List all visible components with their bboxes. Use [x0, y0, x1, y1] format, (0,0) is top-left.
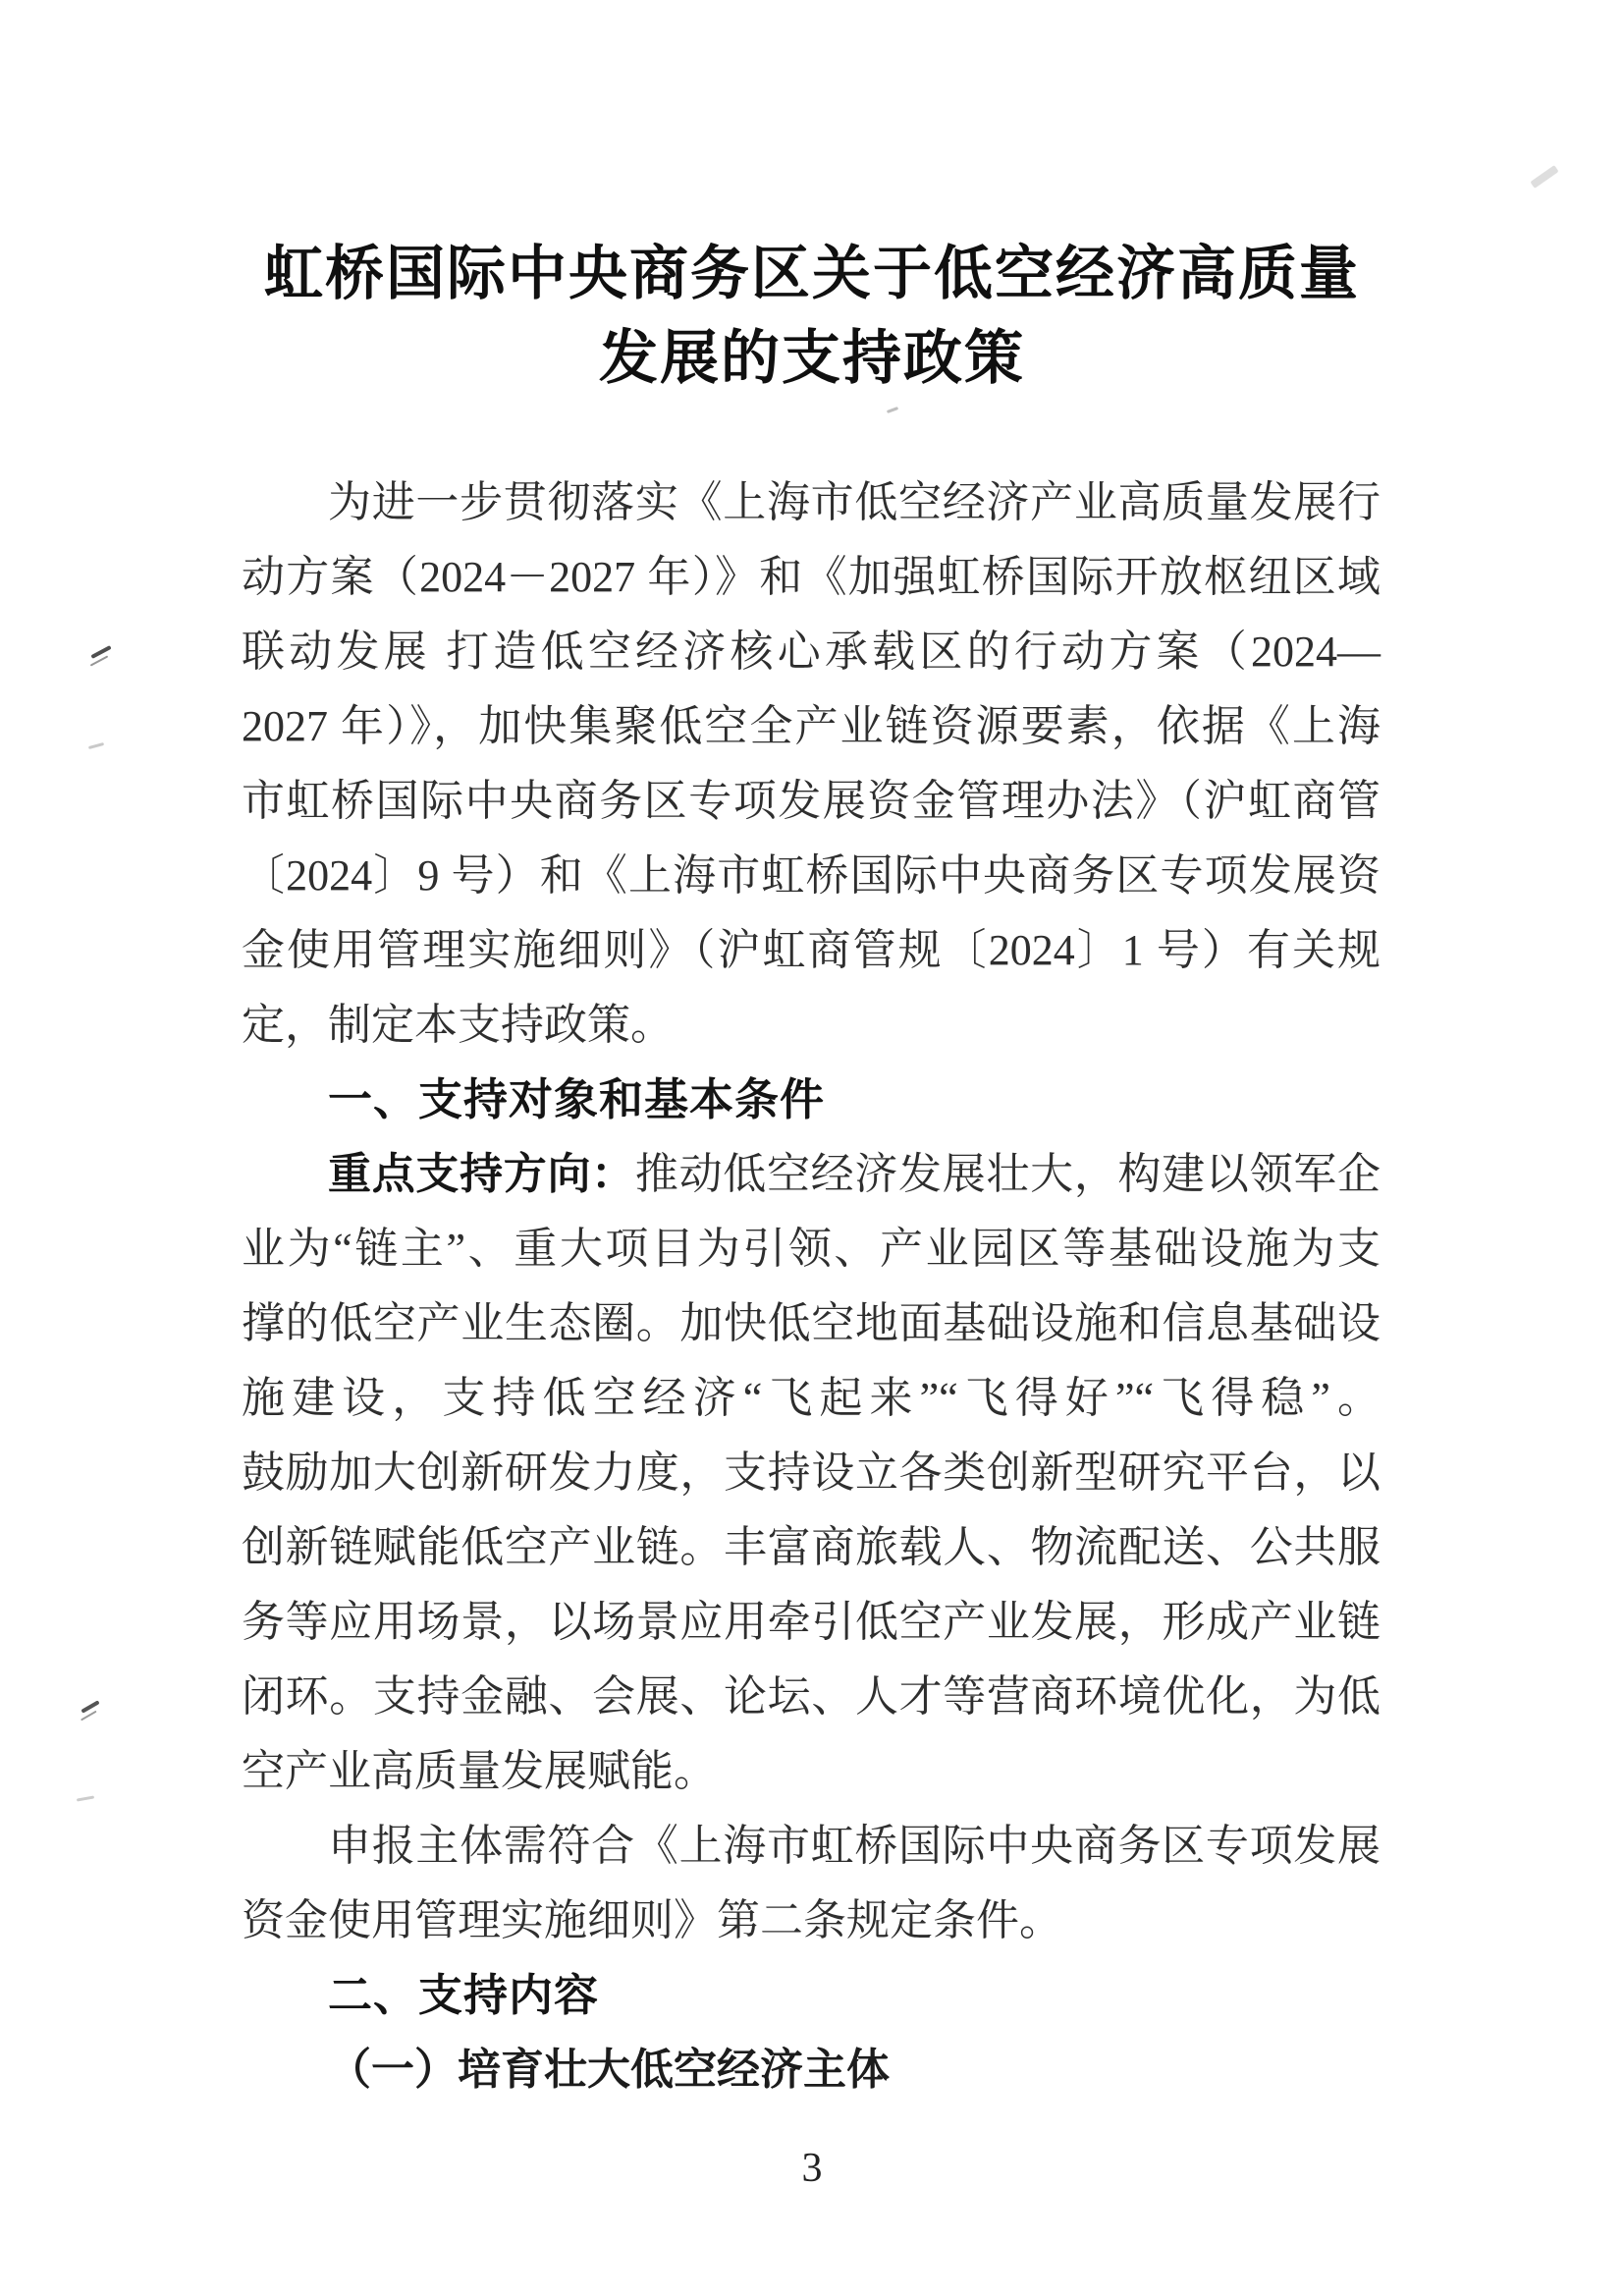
body-line: 定，制定本支持政策。 — [242, 988, 1380, 1063]
body-line: 空产业高质量发展赋能。 — [242, 1734, 1380, 1809]
text-segment: 务等应用场景，以场景应用牵引低空产业发展，形成产业链 — [242, 1598, 1380, 1646]
text-segment: 重点支持方向： — [328, 1150, 635, 1198]
text-segment: 金使用管理实施细则》（沪虹商管规〔2024〕1 号）有关规 — [242, 926, 1380, 974]
body-line: 动方案（2024－2027 年）》和《加强虹桥国际开放枢纽区域 — [242, 540, 1380, 615]
document-body: 为进一步贯彻落实《上海市低空经济产业高质量发展行动方案（2024－2027 年）… — [242, 465, 1380, 2107]
body-line: 联动发展 打造低空经济核心承载区的行动方案（2024— — [242, 615, 1380, 689]
text-segment: （一）培育壮大低空经济主体 — [328, 2046, 890, 2094]
heading-section-1: 一、支持对象和基本条件 — [242, 1063, 1380, 1137]
heading-section-2: 二、支持内容 — [242, 1958, 1380, 2033]
text-segment: 2027 年）》，加快集聚低空全产业链资源要素，依据《上海 — [242, 702, 1380, 750]
stray-mark — [81, 1700, 99, 1713]
body-line: 市虹桥国际中央商务区专项发展资金管理办法》（沪虹商管 — [242, 764, 1380, 839]
text-segment: 定，制定本支持政策。 — [242, 1001, 674, 1049]
subheading-2-1: （一）培育壮大低空经济主体 — [242, 2033, 1380, 2107]
stray-mark — [887, 407, 898, 413]
text-segment: 推动低空经济发展壮大，构建以领军企 — [635, 1150, 1380, 1198]
document-page: 虹桥国际中央商务区关于低空经济高质量 发展的支持政策 为进一步贯彻落实《上海市低… — [0, 0, 1624, 2296]
body-line: 2027 年）》，加快集聚低空全产业链资源要素，依据《上海 — [242, 689, 1380, 764]
text-segment: 联动发展 打造低空经济核心承载区的行动方案（2024— — [242, 628, 1380, 676]
text-segment: 业为“链主”、重大项目为引领、产业园区等基础设施为支 — [242, 1225, 1380, 1273]
body-line: 申报主体需符合《上海市虹桥国际中央商务区专项发展 — [242, 1809, 1380, 1884]
body-line: 业为“链主”、重大项目为引领、产业园区等基础设施为支 — [242, 1212, 1380, 1286]
body-line: 施建设，支持低空经济“飞起来”“飞得好”“飞得稳”。 — [242, 1361, 1380, 1436]
title-line-1: 虹桥国际中央商务区关于低空经济高质量 — [0, 232, 1624, 316]
text-segment: 鼓励加大创新研发力度，支持设立各类创新型研究平台，以 — [242, 1449, 1380, 1497]
body-line: 闭环。支持金融、会展、论坛、人才等营商环境优化，为低 — [242, 1660, 1380, 1734]
text-segment: 为进一步贯彻落实《上海市低空经济产业高质量发展行 — [328, 478, 1380, 526]
text-segment: 〔2024〕9 号）和《上海市虹桥国际中央商务区专项发展资 — [242, 851, 1380, 900]
title-line-2: 发展的支持政策 — [0, 316, 1624, 401]
body-line: 撑的低空产业生态圈。加快低空地面基础设施和信息基础设 — [242, 1286, 1380, 1361]
text-segment: 动方案（2024－2027 年）》和《加强虹桥国际开放枢纽区域 — [242, 553, 1380, 601]
stray-mark — [88, 742, 104, 749]
page-number: 3 — [0, 2139, 1624, 2198]
stray-mark — [90, 645, 111, 659]
text-segment: 资金使用管理实施细则》第二条规定条件。 — [242, 1896, 1062, 1944]
body-line: 重点支持方向：推动低空经济发展壮大，构建以领军企 — [242, 1137, 1380, 1212]
body-line: 资金使用管理实施细则》第二条规定条件。 — [242, 1884, 1380, 1958]
body-line: 为进一步贯彻落实《上海市低空经济产业高质量发展行 — [242, 465, 1380, 540]
body-line: 〔2024〕9 号）和《上海市虹桥国际中央商务区专项发展资 — [242, 839, 1380, 913]
body-line: 创新链赋能低空产业链。丰富商旅载人、物流配送、公共服 — [242, 1510, 1380, 1585]
text-segment: 施建设，支持低空经济“飞起来”“飞得好”“飞得稳”。 — [242, 1374, 1380, 1422]
text-segment: 闭环。支持金融、会展、论坛、人才等营商环境优化，为低 — [242, 1672, 1380, 1721]
document-title: 虹桥国际中央商务区关于低空经济高质量 发展的支持政策 — [0, 232, 1624, 401]
text-segment: 二、支持内容 — [328, 1970, 599, 2020]
stray-mark — [1530, 165, 1558, 189]
body-line: 鼓励加大创新研发力度，支持设立各类创新型研究平台，以 — [242, 1436, 1380, 1510]
text-segment: 申报主体需符合《上海市虹桥国际中央商务区专项发展 — [328, 1822, 1380, 1870]
text-segment: 空产业高质量发展赋能。 — [242, 1747, 717, 1795]
text-segment: 一、支持对象和基本条件 — [328, 1074, 825, 1124]
body-line: 金使用管理实施细则》（沪虹商管规〔2024〕1 号）有关规 — [242, 913, 1380, 988]
body-line: 务等应用场景，以场景应用牵引低空产业发展，形成产业链 — [242, 1585, 1380, 1660]
stray-mark — [77, 1795, 94, 1801]
text-segment: 市虹桥国际中央商务区专项发展资金管理办法》（沪虹商管 — [242, 777, 1380, 825]
text-segment: 创新链赋能低空产业链。丰富商旅载人、物流配送、公共服 — [242, 1523, 1380, 1571]
text-segment: 撑的低空产业生态圈。加快低空地面基础设施和信息基础设 — [242, 1299, 1380, 1347]
